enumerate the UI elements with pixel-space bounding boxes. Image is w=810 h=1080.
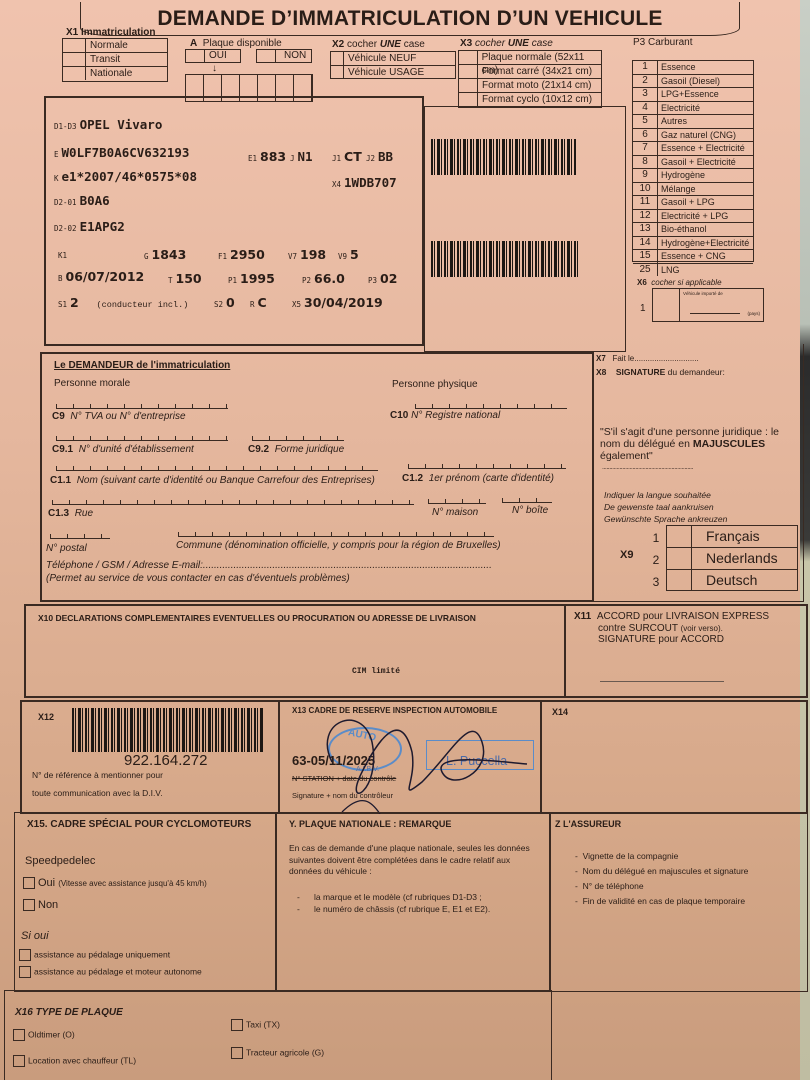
x3-option-moto[interactable]: Format moto (21x14 cm) (459, 79, 601, 93)
fuel-code: 1 (633, 61, 658, 74)
fuel-option[interactable]: 5Autres (633, 115, 753, 129)
language-instruction-nl: De gewenste taal aankruisen (604, 502, 714, 512)
field-j1: J1CT (332, 148, 362, 166)
x15-yes-option[interactable]: Oui (Vitesse avec assistance jusqu'à 45 … (23, 877, 207, 889)
fuel-option[interactable]: 9Hydrogène (633, 169, 753, 183)
arrow-down-icon: ↓ (212, 63, 217, 74)
z-list: - Vignette de la compagnie - Nom du délé… (575, 849, 748, 909)
c12-field[interactable] (408, 462, 566, 469)
fuel-code: 25 (633, 264, 658, 277)
divider (278, 700, 280, 812)
checkbox[interactable] (459, 79, 478, 92)
x11-signature-field[interactable] (600, 681, 724, 682)
fuel-label: Bio-éthanol (658, 223, 707, 236)
c13-field[interactable] (52, 498, 414, 505)
fuel-option[interactable]: 10Mélange (633, 183, 753, 197)
fuel-option[interactable]: 15Essence + CNG (633, 250, 753, 264)
signature-section: X7 Fait le............................. … (594, 344, 804, 602)
c10-field[interactable] (415, 402, 567, 409)
checkbox[interactable] (459, 51, 478, 64)
country-field[interactable] (690, 313, 740, 314)
checkbox[interactable] (667, 526, 692, 547)
fuel-table: 1Essence2Gasoil (Diesel)3LPG+Essence4Ele… (632, 60, 754, 262)
fuel-label: Hydrogène (658, 169, 705, 182)
field-j: JN1 (290, 148, 313, 166)
checkbox[interactable] (331, 52, 344, 65)
x3-option-normale[interactable]: Plaque normale (52x11 cm) (459, 51, 601, 65)
x10-value[interactable]: CIM limité (352, 667, 400, 676)
house-number-field[interactable] (428, 497, 486, 504)
c11-field[interactable] (56, 464, 378, 471)
fuel-code: 14 (633, 237, 658, 250)
vehicle-data-block: D1-D3OPEL Vivaro EW0LF7B0A6CV632193 E188… (44, 96, 424, 346)
x6-num: 1 (640, 303, 646, 314)
a-no-option[interactable]: NON (256, 49, 312, 63)
form-title: DEMANDE D’IMMATRICULATION D’UN VEHICULE (80, 2, 740, 36)
fuel-label: LNG (658, 264, 680, 277)
y-list: - la marque et le modèle (cf rubriques D… (297, 891, 490, 915)
fuel-label: Essence + CNG (658, 250, 726, 263)
x12-x13-x14-section: X12 922.164.272 N° de référence à mentio… (20, 700, 808, 814)
checkbox[interactable] (186, 50, 205, 62)
checkbox[interactable] (231, 1047, 243, 1059)
x1-option-normale[interactable]: Normale (63, 39, 167, 53)
language-option-fr[interactable]: Français (667, 526, 797, 548)
fuel-label: Electricité (658, 102, 700, 115)
postal-code-label: N° postal (46, 543, 87, 554)
x12-reference: 922.164.272 (124, 752, 207, 769)
x11-text: X11 ACCORD pour LIVRAISON EXPRESS contre… (574, 611, 769, 646)
field-e1: E1883 (248, 148, 286, 166)
checkbox[interactable] (63, 67, 86, 80)
fuel-code: 12 (633, 210, 658, 223)
barcode-bottom (431, 241, 579, 277)
c91-label: C9.1 N° d'unité d'établissement (52, 444, 194, 455)
field-v7: V7198 (288, 246, 326, 264)
if-yes-label: Si oui (21, 930, 49, 942)
x12-note-2: toute communication avec la D.I.V. (32, 788, 163, 798)
fuel-label: Autres (658, 115, 687, 128)
applicant-title: Le DEMANDEUR de l'immatriculation (54, 360, 230, 371)
fuel-code: 9 (633, 169, 658, 182)
field-p3: P302 (368, 270, 397, 288)
x15-y-z-section: X15. CADRE SPÉCIAL POUR CYCLOMOTEURS Spe… (14, 812, 808, 992)
field-e: EW0LF7B0A6CV632193 (54, 144, 189, 162)
x16-option-tractor[interactable]: Tracteur agricole (G) (231, 1047, 324, 1059)
commune-label: Commune (dénomination officielle, y comp… (176, 540, 501, 551)
fuel-label: Hydrogène+Electricité (658, 237, 749, 250)
language-option-de[interactable]: Deutsch (667, 570, 797, 591)
checkbox[interactable] (19, 966, 31, 978)
c92-label: C9.2 Forme juridique (248, 444, 344, 455)
field-k: Ke1*2007/46*0575*08 (54, 168, 197, 186)
fuel-label: Electricité + LPG (658, 210, 728, 223)
checkbox[interactable] (13, 1029, 25, 1041)
legal-person-note: "S'il s'agit d'une personne juridique : … (600, 426, 780, 462)
fuel-option[interactable]: 7Essence + Electricité (633, 142, 753, 156)
y-list-item: - la marque et le modèle (cf rubriques D… (297, 891, 490, 903)
x12-barcode (72, 708, 264, 752)
fuel-code: 4 (633, 102, 658, 115)
x2-options: Véhicule NEUF Véhicule USAGE (330, 51, 456, 79)
z-list-item: - Vignette de la compagnie (575, 849, 748, 864)
commune-field[interactable] (178, 530, 494, 537)
z-list-item: - N° de téléphone (575, 879, 748, 894)
x15-no-option[interactable]: Non (23, 899, 58, 911)
field-g: G1843 (144, 246, 186, 264)
checkbox[interactable] (23, 877, 35, 889)
fuel-option[interactable]: 1Essence (633, 61, 753, 75)
house-number-label: N° maison (432, 507, 478, 518)
fuel-option[interactable]: 13Bio-éthanol (633, 223, 753, 237)
divider (540, 700, 542, 812)
handwritten-signature-icon (302, 702, 532, 814)
fuel-code: 8 (633, 156, 658, 169)
fuel-option[interactable]: 14Hydrogène+Electricité (633, 237, 753, 251)
fuel-label: Gasoil + Electricité (658, 156, 736, 169)
barcode-block (424, 106, 626, 352)
x15-option-pedal[interactable]: assistance au pédalage uniquement (19, 949, 170, 961)
fuel-option[interactable]: 6Gaz naturel (CNG) (633, 129, 753, 143)
field-t: T150 (168, 270, 202, 288)
field-p1: P11995 (228, 270, 275, 288)
fuel-code: 13 (633, 223, 658, 236)
x6-label: X6 cocher si applicable (637, 278, 722, 287)
x6-imported-box: Véhicule importé de (pays) (652, 288, 764, 322)
fuel-code: 2 (633, 75, 658, 88)
language-instruction-fr: Indiquer la langue souhaitée (604, 490, 711, 500)
checkbox[interactable] (257, 50, 276, 62)
c9-field[interactable] (56, 402, 228, 409)
x16-title: X16 TYPE DE PLAQUE (15, 1007, 123, 1018)
fuel-code: 3 (633, 88, 658, 101)
field-s1: S12 (conducteur incl.) (58, 294, 188, 312)
box-number-label: N° boîte (512, 505, 548, 516)
fuel-code: 15 (633, 250, 658, 263)
registration-form: DEMANDE D’IMMATRICULATION D’UN VEHICULE … (0, 0, 800, 1080)
field-k1: K1 (58, 245, 70, 263)
field-d2-02: D2-02E1APG2 (54, 218, 125, 236)
field-r: RC (250, 294, 267, 312)
language-numbers: 1 2 3 (650, 527, 662, 593)
x1-options: Normale Transit Nationale (62, 38, 168, 82)
checkbox[interactable] (13, 1055, 25, 1067)
x14-code: X14 (552, 707, 568, 717)
language-option-nl[interactable]: Nederlands (667, 548, 797, 570)
fuel-code: 6 (633, 129, 658, 142)
x1-option-transit[interactable]: Transit (63, 53, 167, 67)
checkbox[interactable] (63, 39, 86, 52)
fuel-label: Gaz naturel (CNG) (658, 129, 736, 142)
field-b: B06/07/2012 (58, 268, 144, 286)
a-yes-option[interactable]: OUI (185, 49, 241, 63)
x16-section: X16 TYPE DE PLAQUE Oldtimer (O) Location… (4, 990, 552, 1080)
x9-label: X9 (620, 549, 633, 561)
a-label: A Plaque disponible (190, 38, 282, 49)
moral-person-label: Personne morale (54, 378, 130, 389)
contact-label[interactable]: Téléphone / GSM / Adresse E-mail:.......… (46, 560, 492, 571)
c92-field[interactable] (252, 434, 344, 441)
checkbox[interactable] (667, 548, 692, 569)
x3-option-carre[interactable]: Format carré (34x21 cm) (459, 65, 601, 79)
fuel-code: 5 (633, 115, 658, 128)
checkbox[interactable] (331, 66, 344, 79)
x12-code: X12 (38, 712, 54, 722)
x2-option-usage[interactable]: Véhicule USAGE (331, 66, 455, 79)
x3-label: X3 cocher UNE case (460, 38, 553, 49)
checkbox[interactable] (459, 65, 478, 78)
x12-note-1: N° de référence à mentionner pour (32, 770, 163, 780)
fuel-option[interactable]: 11Gasoil + LPG (633, 196, 753, 210)
z-list-item: - Fin de validité en cas de plaque tempo… (575, 894, 748, 909)
fuel-code: 7 (633, 142, 658, 155)
c91-field[interactable] (56, 434, 228, 441)
x8-label: X8 SIGNATURE du demandeur: (596, 367, 725, 377)
c13-label: C1.3 Rue (48, 508, 93, 519)
p3-label: P3 Carburant (633, 37, 692, 48)
language-instruction-de: Gewünschte Sprache ankreuzen (604, 514, 727, 524)
field-d2-01: D2-01B0A6 (54, 192, 110, 210)
speedpedelec-label: Speedpedelec (25, 855, 95, 867)
c10-label: C10 N° Registre national (390, 410, 500, 421)
checkbox[interactable] (19, 949, 31, 961)
fuel-label: Mélange (658, 183, 696, 196)
checkbox[interactable] (459, 93, 478, 106)
delegate-name-field[interactable]: ........................................… (602, 464, 693, 471)
fuel-code: 11 (633, 196, 658, 209)
x2-label: X2 cocher UNE case (332, 39, 425, 50)
contact-note: (Permet au service de vous contacter en … (46, 573, 350, 584)
barcode-top (431, 139, 577, 175)
divider (564, 604, 566, 696)
checkbox[interactable] (63, 53, 86, 66)
applicant-signature-area[interactable] (602, 384, 782, 422)
checkbox[interactable] (653, 289, 680, 321)
field-d1-d3: D1-D3OPEL Vivaro (54, 116, 162, 134)
x15-option-pedal-motor[interactable]: assistance au pédalage et moteur autonom… (19, 966, 202, 978)
x7-label: X7 Fait le............................. (596, 354, 699, 363)
y-text: En cas de demande d'une plaque nationale… (289, 843, 539, 878)
field-s2: S20 (214, 294, 235, 312)
field-j2: J2BB (366, 148, 393, 166)
divider (549, 813, 551, 991)
fuel-label: Gasoil (Diesel) (658, 75, 720, 88)
c11-label: C1.1 Nom (suivant carte d'identité ou Ba… (50, 475, 375, 486)
x10-title: X10 DECLARATIONS COMPLEMENTAIRES EVENTUE… (38, 613, 476, 623)
x16-option-oldtimer[interactable]: Oldtimer (O) (13, 1029, 75, 1041)
x3-option-cyclo[interactable]: Format cyclo (10x12 cm) (459, 93, 601, 106)
x16-option-taxi[interactable]: Taxi (TX) (231, 1019, 280, 1031)
checkbox[interactable] (23, 899, 35, 911)
fuel-option[interactable]: 4Electricité (633, 102, 753, 116)
y-title: Y. PLAQUE NATIONALE : REMARQUE (289, 819, 451, 829)
field-x4: X41WDB707 (332, 174, 397, 192)
z-title: Z L'ASSUREUR (555, 819, 621, 829)
x1-label: X1 Immatriculation (66, 27, 155, 38)
z-list-item: - Nom du délégué en majuscules et signat… (575, 864, 748, 879)
field-x5: X530/04/2019 (292, 294, 383, 312)
fuel-option[interactable]: 2Gasoil (Diesel) (633, 75, 753, 89)
field-f1: F12950 (218, 246, 265, 264)
fuel-option[interactable]: 12Electricité + LPG (633, 210, 753, 224)
fuel-option[interactable]: 25LNG (633, 264, 753, 277)
field-p2: P266.0 (302, 270, 345, 288)
fuel-code: 10 (633, 183, 658, 196)
language-options: Français Nederlands Deutsch (666, 525, 798, 591)
checkbox[interactable] (667, 570, 692, 591)
x16-option-location[interactable]: Location avec chauffeur (TL) (13, 1055, 136, 1067)
applicant-section: Le DEMANDEUR de l'immatriculation Person… (40, 352, 594, 602)
box-number-field[interactable] (502, 496, 552, 503)
fuel-option[interactable]: 3LPG+Essence (633, 88, 753, 102)
fuel-label: Essence + Electricité (658, 142, 745, 155)
x2-option-neuf[interactable]: Véhicule NEUF (331, 52, 455, 66)
y-list-item: - le numéro de châssis (cf rubrique E, E… (297, 903, 490, 915)
fuel-label: Essence (658, 61, 696, 74)
c9-label: C9 N° TVA ou N° d'entreprise (52, 411, 186, 422)
fuel-label: LPG+Essence (658, 88, 719, 101)
x15-title: X15. CADRE SPÉCIAL POUR CYCLOMOTEURS (27, 819, 251, 830)
c12-label: C1.2 1er prénom (carte d'identité) (402, 473, 554, 484)
postal-code-field[interactable] (50, 532, 110, 539)
x3-options: Plaque normale (52x11 cm) Format carré (… (458, 50, 602, 108)
fuel-label: Gasoil + LPG (658, 196, 715, 209)
x1-option-nationale[interactable]: Nationale (63, 67, 167, 80)
physical-person-label: Personne physique (392, 379, 478, 390)
checkbox[interactable] (231, 1019, 243, 1031)
fuel-option[interactable]: 8Gasoil + Electricité (633, 156, 753, 170)
x10-x11-section: X10 DECLARATIONS COMPLEMENTAIRES EVENTUE… (24, 604, 808, 698)
field-v9: V95 (338, 246, 359, 264)
divider (275, 813, 277, 991)
